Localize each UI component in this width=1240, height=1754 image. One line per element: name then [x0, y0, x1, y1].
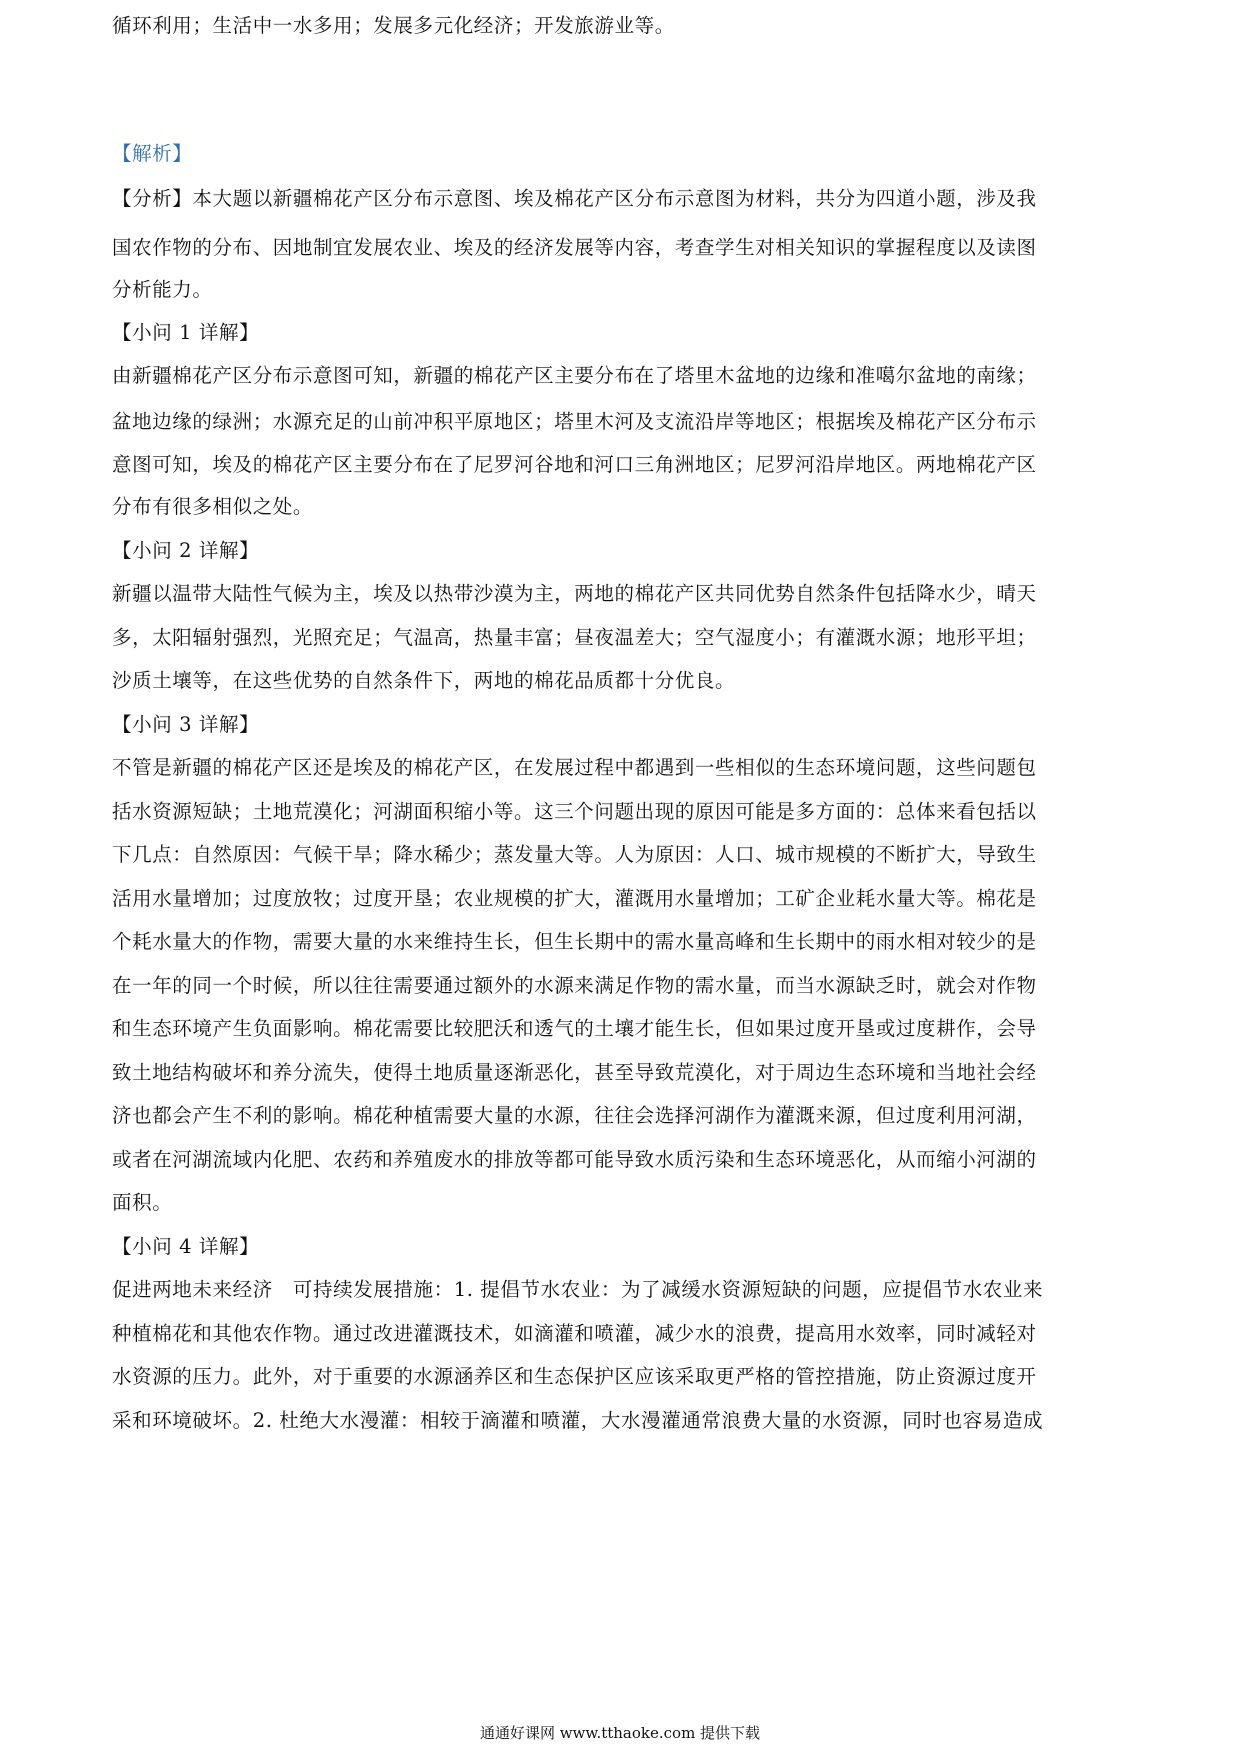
subquestion-heading-3: 【小问 3 详解】 [112, 712, 259, 738]
text-line: 多，太阳辐射强烈，光照充足；气温高，热量丰富；昼夜温差大；空气湿度小；有灌溉水源… [112, 625, 1037, 651]
subquestion-heading-4: 【小问 4 详解】 [112, 1234, 259, 1260]
text-line: 新疆以温带大陆性气候为主，埃及以热带沙漠为主，两地的棉花产区共同优势自然条件包括… [112, 581, 1037, 607]
text-line: 盆地边缘的绿洲；水源充足的山前冲积平原地区；塔里木河及支流沿岸等地区；根据埃及棉… [112, 409, 1037, 435]
text-line: 下几点：自然原因：气候干旱；降水稀少；蒸发量大等。人为原因：人口、城市规模的不断… [112, 842, 1037, 868]
text-line: 济也都会产生不利的影响。棉花种植需要大量的水源，往往会选择河湖作为灌溉来源，但过… [112, 1103, 1037, 1129]
text-line: 活用水量增加；过度放牧；过度开垦；农业规模的扩大，灌溉用水量增加；工矿企业耗水量… [112, 886, 1037, 912]
text-line: 分析能力。 [112, 277, 213, 303]
text-line: 或者在河湖流域内化肥、农药和养殖废水的排放等都可能导致水质污染和生态环境恶化，从… [112, 1147, 1037, 1173]
text-line: 在一年的同一个时候，所以往往需要通过额外的水源来满足作物的需水量，而当水源缺乏时… [112, 973, 1037, 999]
text-line: 和生态环境产生负面影响。棉花需要比较肥沃和透气的土壤才能生长，但如果过度开垦或过… [112, 1016, 1037, 1042]
section-heading-analysis: 【解析】 [112, 141, 192, 167]
text-line: 意图可知，埃及的棉花产区主要分布在了尼罗河谷地和河口三角洲地区；尼罗河沿岸地区。… [112, 452, 1037, 478]
page-footer: 通通好课网 www.tthaoke.com 提供下载 [0, 1722, 1240, 1743]
text-line: 【分析】本大题以新疆棉花产区分布示意图、埃及棉花产区分布示意图为材料，共分为四道… [112, 186, 1037, 212]
text-line: 水资源的压力。此外，对于重要的水源涵养区和生态保护区应该采取更严格的管控措施，防… [112, 1364, 1037, 1390]
text-line: 个耗水量大的作物，需要大量的水来维持生长，但生长期中的需水量高峰和生长期中的雨水… [112, 929, 1037, 955]
text-line: 循环利用；生活中一水多用；发展多元化经济；开发旅游业等。 [112, 13, 675, 39]
text-line: 采和环境破坏。2. 杜绝大水漫灌：相较于滴灌和喷灌，大水漫灌通常浪费大量的水资源… [112, 1408, 1043, 1434]
text-line: 国农作物的分布、因地制宜发展农业、埃及的经济发展等内容，考查学生对相关知识的掌握… [112, 235, 1037, 261]
text-line: 不管是新疆的棉花产区还是埃及的棉花产区，在发展过程中都遇到一些相似的生态环境问题… [112, 755, 1037, 781]
text-line: 致土地结构破坏和养分流失，使得土地质量逐渐恶化，甚至导致荒漠化，对于周边生态环境… [112, 1060, 1037, 1086]
text-line: 促进两地未来经济 可持续发展措施：1. 提倡节水农业：为了减缓水资源短缺的问题，… [112, 1277, 1043, 1303]
text-line: 由新疆棉花产区分布示意图可知，新疆的棉花产区主要分布在了塔里木盆地的边缘和准噶尔… [112, 363, 1037, 389]
text-line: 种植棉花和其他农作物。通过改进灌溉技术，如滴灌和喷灌，减少水的浪费，提高用水效率… [112, 1321, 1037, 1347]
text-line: 沙质土壤等，在这些优势的自然条件下，两地的棉花品质都十分优良。 [112, 668, 735, 694]
footer-text: 通通好课网 www.tthaoke.com 提供下载 [480, 1724, 760, 1742]
subquestion-heading-2: 【小问 2 详解】 [112, 538, 259, 564]
text-line: 括水资源短缺；土地荒漠化；河湖面积缩小等。这三个问题出现的原因可能是多方面的：总… [112, 799, 1037, 825]
text-line: 分布有很多相似之处。 [112, 494, 313, 520]
text-line: 面积。 [112, 1190, 172, 1216]
subquestion-heading-1: 【小问 1 详解】 [112, 320, 259, 346]
